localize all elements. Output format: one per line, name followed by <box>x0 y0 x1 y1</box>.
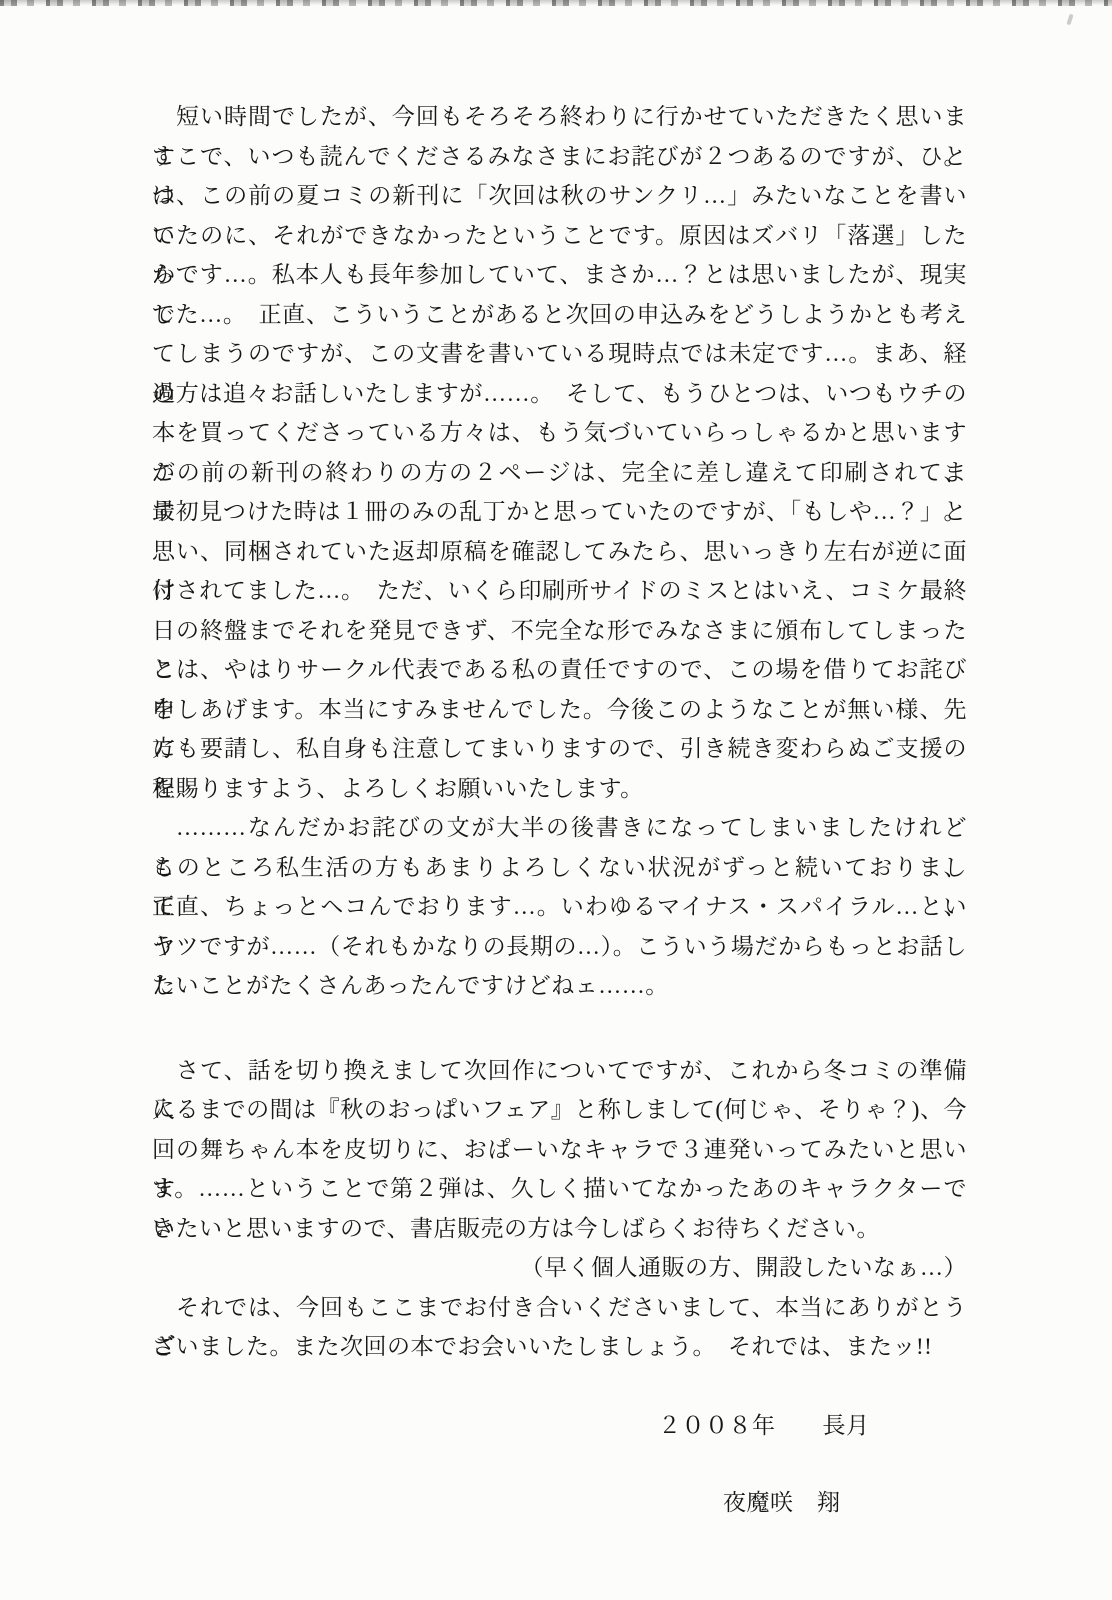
page: 短い時間でしたが、今回もそろそろ終わりに行かせていただきたく思います。 ここで、… <box>0 0 1112 1600</box>
author-signature: 夜魔咲 翔 <box>152 1483 967 1523</box>
colophon-gap <box>152 1367 967 1406</box>
text-line: この前の新刊の終わりの方の２ページは、完全に差し違えて印刷されてます。 <box>152 453 967 493</box>
colophon-date: ２００８年 長月 <box>152 1406 967 1446</box>
text-line: す。……ということで第２弾は、久しく描いてなかったあのキャラクターでい <box>152 1169 967 1209</box>
text-line: は、この前の夏コミの新刊に「次回は秋のサンクリ…」みたいなことを書いて <box>152 176 967 216</box>
text-line: らです…。私本人も長年参加していて、まさか…？とは思いましたが、現実で <box>152 255 967 295</box>
text-line: 最初見つけた時は１冊のみの乱丁かと思っていたのですが、「もしや…？」と <box>152 492 967 532</box>
aside-note: （早く個人通販の方、開設したいなぁ…） <box>152 1248 967 1288</box>
text-line: ………なんだかお詫びの文が大半の後書きになってしまいましたけれども、 <box>152 808 967 848</box>
text-line: 入るまでの間は『秋のおっぱいフェア』と称しまして(何じゃ、そりゃ？)、今 <box>152 1090 967 1130</box>
text-line: 短い時間でしたが、今回もそろそろ終わりに行かせていただきたく思います。 <box>152 97 967 137</box>
text-line: たいことがたくさんあったんですけどねェ……。 <box>152 966 967 1006</box>
text-line: 本を買ってくださっている方々は、もう気づいていらっしゃるかと思いますが、 <box>152 413 967 453</box>
paragraph-closing: それでは、今回もここまでお付き合いくださいまして、本当にありがとうご ざいました… <box>152 1288 967 1367</box>
text-line: とは、やはりサークル代表である私の責任ですので、この場を借りてお詫びを <box>152 650 967 690</box>
text-line: ここで、いつも読んでくださるみなさまにお詫びが２つあるのですが、ひとつ <box>152 137 967 177</box>
scan-artifact-top-band <box>0 0 1112 6</box>
paragraph-personal: ………なんだかお詫びの文が大半の後書きになってしまいましたけれども、 このところ… <box>152 808 967 1006</box>
text-line: けされてました…。 ただ、いくら印刷所サイドのミスとはいえ、コミケ最終 <box>152 571 967 611</box>
text-line: ヤツですが……（それもかなりの長期の…）。こういう場だからもっとお話しし <box>152 927 967 967</box>
text-line: ざいました。また次回の本でお会いいたしましょう。 それでは、またッ!! <box>152 1327 967 1367</box>
text-line: きたいと思いますので、書店販売の方は今しばらくお待ちください。 <box>152 1209 967 1249</box>
paragraph-gap <box>152 1006 967 1051</box>
text-line: 正直、ちょっとヘコんでおります…。いわゆるマイナス・スパイラル…という <box>152 887 967 927</box>
text-line: さて、話を切り換えまして次回作についてですが、これから冬コミの準備に <box>152 1051 967 1091</box>
paragraph-apology: 短い時間でしたが、今回もそろそろ終わりに行かせていただきたく思います。 ここで、… <box>152 97 967 808</box>
text-line: いたのに、それができなかったということです。原因はズバリ「落選」したか <box>152 216 967 256</box>
text-line: 日の終盤までそれを発見できず、不完全な形でみなさまに頒布してしまったこ <box>152 611 967 651</box>
text-line: を賜りますよう、よろしくお願いいたします。 <box>152 769 967 809</box>
text-line: 申しあげます。本当にすみませんでした。今後このようなことが無い様、先方 <box>152 690 967 730</box>
text-line: それでは、今回もここまでお付き合いくださいまして、本当にありがとうご <box>152 1288 967 1328</box>
text-line: した…。 正直、こういうことがあると次回の申込みをどうしようかとも考え <box>152 295 967 335</box>
text-line: 思い、同梱されていた返却原稿を確認してみたら、思いっきり左右が逆に面付 <box>152 532 967 572</box>
text-line: てしまうのですが、この文書を書いている現時点では未定です…。まあ、経過 <box>152 334 967 374</box>
text-line: にも要請し、私自身も注意してまいりますので、引き続き変わらぬご支援の程 <box>152 729 967 769</box>
colophon-gap <box>152 1445 967 1483</box>
text-line: このところ私生活の方もあまりよろしくない状況がずっと続いておりまして、 <box>152 848 967 888</box>
afterword-text: 短い時間でしたが、今回もそろそろ終わりに行かせていただきたく思います。 ここで、… <box>152 97 967 1523</box>
text-line: の方は追々お話しいたしますが……。 そして、もうひとつは、いつもウチの <box>152 374 967 414</box>
text-line: 回の舞ちゃん本を皮切りに、おぱーいなキャラで３連発いってみたいと思いま <box>152 1130 967 1170</box>
scan-artifact-speck <box>1066 14 1073 26</box>
paragraph-next-work: さて、話を切り換えまして次回作についてですが、これから冬コミの準備に 入るまでの… <box>152 1051 967 1249</box>
